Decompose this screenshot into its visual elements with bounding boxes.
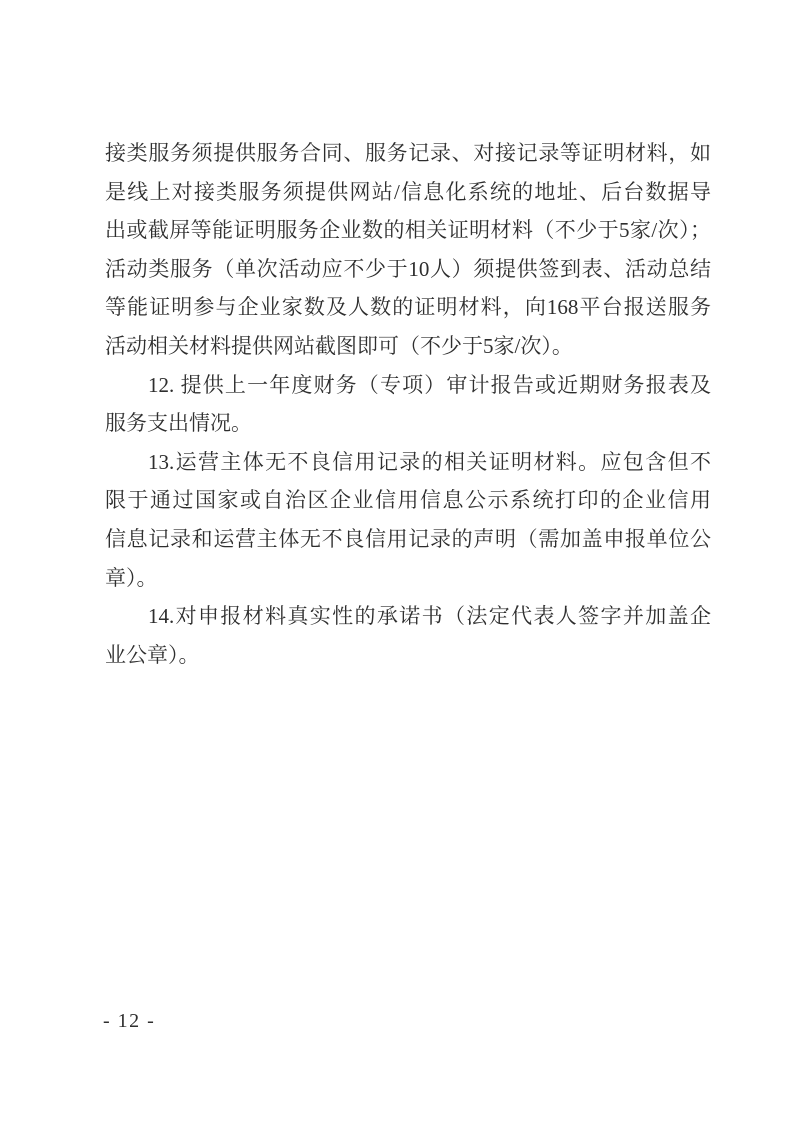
paragraph: 12. 提供上一年度财务（专项）审计报告或近期财务报表及服务支出情况。: [105, 366, 711, 443]
text-line: 活动类服务（单次活动应不少于10人）须提供签到表、活动总结: [105, 250, 711, 289]
page-footer: - 12 -: [103, 1010, 155, 1033]
text-line: 13.运营主体无不良信用记录的相关证明材料。应包含但不: [105, 443, 711, 482]
paragraph: 14.对申报材料真实性的承诺书（法定代表人签字并加盖企业公章）。: [105, 597, 711, 674]
document-page: 接类服务须提供服务合同、服务记录、对接记录等证明材料，如是线上对接类服务须提供网…: [0, 0, 800, 1131]
page-number: - 12 -: [103, 1010, 155, 1032]
paragraph: 13.运营主体无不良信用记录的相关证明材料。应包含但不限于通过国家或自治区企业信…: [105, 443, 711, 597]
text-line: 业公章）。: [105, 636, 711, 675]
text-line: 等能证明参与企业家数及人数的证明材料，向168平台报送服务: [105, 288, 711, 327]
text-line: 出或截屏等能证明服务企业数的相关证明材料（不少于5家/次）；: [105, 211, 711, 250]
text-line: 章）。: [105, 559, 711, 598]
paragraph: 接类服务须提供服务合同、服务记录、对接记录等证明材料，如是线上对接类服务须提供网…: [105, 134, 711, 366]
body-text: 接类服务须提供服务合同、服务记录、对接记录等证明材料，如是线上对接类服务须提供网…: [105, 134, 711, 674]
text-line: 12. 提供上一年度财务（专项）审计报告或近期财务报表及: [105, 366, 711, 405]
text-line: 信息记录和运营主体无不良信用记录的声明（需加盖申报单位公: [105, 520, 711, 559]
text-line: 服务支出情况。: [105, 404, 711, 443]
text-line: 14.对申报材料真实性的承诺书（法定代表人签字并加盖企: [105, 597, 711, 636]
text-line: 活动相关材料提供网站截图即可（不少于5家/次）。: [105, 327, 711, 366]
text-line: 接类服务须提供服务合同、服务记录、对接记录等证明材料，如: [105, 134, 711, 173]
text-line: 是线上对接类服务须提供网站/信息化系统的地址、后台数据导: [105, 173, 711, 212]
text-line: 限于通过国家或自治区企业信用信息公示系统打印的企业信用: [105, 481, 711, 520]
